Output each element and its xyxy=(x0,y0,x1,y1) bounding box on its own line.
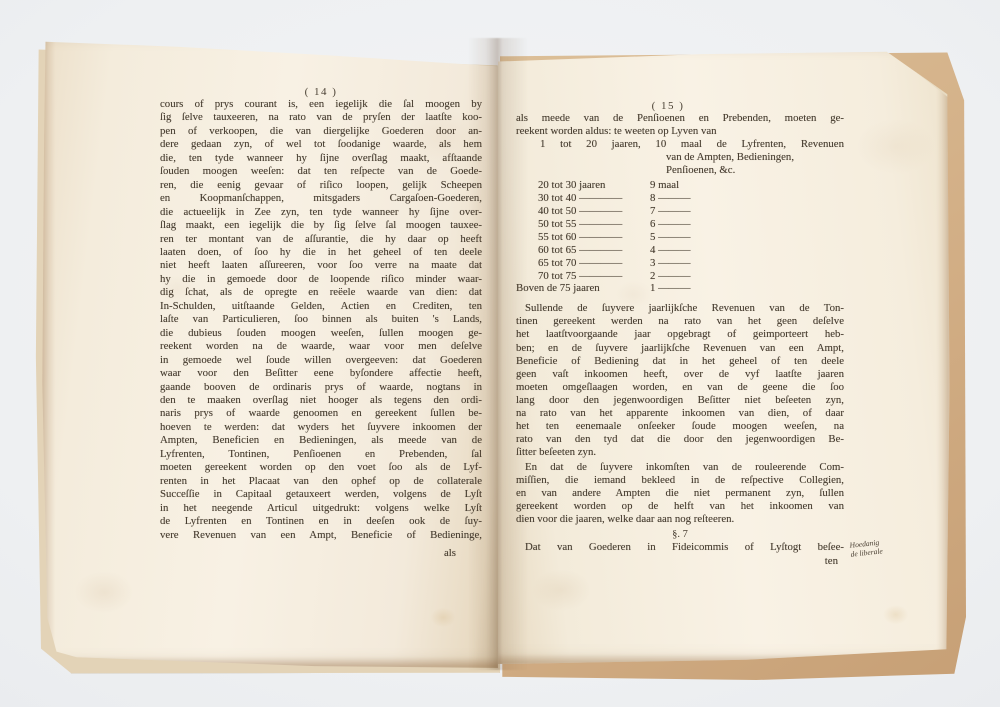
text-line: laſte van Particulieren, ſoo binnen als … xyxy=(160,313,482,326)
text-line: En dat de ſuyvere inkomſten van de roule… xyxy=(516,461,844,474)
age-range: 40 tot 50 ———— xyxy=(516,205,650,218)
text-line: dien voor die jaaren, welke daar aan nog… xyxy=(516,513,844,526)
multiplier: 2 ——— xyxy=(650,270,691,283)
text-line: waar voor den Beſitter eene byſondere af… xyxy=(160,367,482,380)
age-range: 20 tot 30 jaaren xyxy=(516,179,650,192)
text-line: na rato van het apparente inkoomen van d… xyxy=(516,407,844,420)
multiplier: 1 ——— xyxy=(650,282,691,295)
age-range: 30 tot 40 ———— xyxy=(516,192,650,205)
text-line: Succeſſie in Capitaal getauxeert werden,… xyxy=(160,488,482,501)
commission-paragraph: En dat de ſuyvere inkomſten van de roule… xyxy=(516,461,844,526)
page-right: ( 15 ) als meede van de Penſioenen en Pr… xyxy=(498,48,950,664)
fideicommis-line: Dat van Goederen in Fideicommis of Lyſto… xyxy=(516,541,844,554)
page-left-text-block: cours of prys courant is, een iegelijk d… xyxy=(160,98,482,542)
text-line: in het neegende Articul uitgedrukt: volg… xyxy=(160,502,482,515)
text-line: miſſien, die iemand bekleed in de reſpec… xyxy=(516,474,844,487)
text-line: niet heeft laaten aſſureeren, voor ſoo v… xyxy=(160,259,482,272)
text-line: lang door den jegenwoordigen Beſitter ni… xyxy=(516,394,844,407)
age-table-row: 70 tot 75 ————2 ——— xyxy=(516,270,844,283)
text-line: die, ten tyde wanneer hy ſijne overſlag … xyxy=(160,152,482,165)
page-right-text-block: als meede van de Penſioenen en Prebenden… xyxy=(516,112,844,568)
text-line: naris prys of waarde genoomen en gereeke… xyxy=(160,407,482,420)
text-line: gaande booven de ordinaris prys of waard… xyxy=(160,381,482,394)
age-table-row: 65 tot 70 ————3 ——— xyxy=(516,257,844,270)
page-number-right: ( 15 ) xyxy=(508,100,828,112)
text-line: het laatſtvoorgaande jaar opgebragt of g… xyxy=(516,328,844,341)
age-table-row: 60 tot 65 ————4 ——— xyxy=(516,244,844,257)
text-line: dere gedaan zyn, of wel tot ſoodanige wa… xyxy=(160,138,482,151)
text-line: Sullende de ſuyvere jaarlijkſche Revenue… xyxy=(516,302,844,315)
age-table-row: 20 tot 30 jaaren9 maal xyxy=(516,179,844,192)
age-table-row: 50 tot 55 ————6 ——— xyxy=(516,218,844,231)
photo-background: ( 14 ) cours of prys courant is, een ieg… xyxy=(0,0,1000,707)
multiplier: 6 ——— xyxy=(650,218,691,231)
text-line: Penſioenen, &c. xyxy=(516,164,844,177)
page-number-left: ( 14 ) xyxy=(160,86,482,98)
text-line: rato van den tyd dat die door den jegenw… xyxy=(516,433,844,446)
multiplier: 7 ——— xyxy=(650,205,691,218)
text-line: die dubieus ſouden moogen weeſen, ſullen… xyxy=(160,327,482,340)
text-line: moeten omgeſlaagen worden, en van de gee… xyxy=(516,381,844,394)
age-range: 50 tot 55 ———— xyxy=(516,218,650,231)
text-line: de Lyfrenten en Tontinen en in deeſen oo… xyxy=(160,515,482,528)
multiplier: 3 ——— xyxy=(650,257,691,270)
text-line: Lyfrenten, Tontinen, Penſioenen en Prebe… xyxy=(160,448,482,461)
text-line: en van andere Ampten die niet permanent … xyxy=(516,487,844,500)
text-line: cours of prys courant is, een iegelijk d… xyxy=(160,98,482,111)
text-line: pen of verkoopen, die van diergelijke Go… xyxy=(160,125,482,138)
text-line: als meede van de Penſioenen en Prebenden… xyxy=(516,112,844,125)
text-line: en Koopmanſchappen, mitsgaders Cargaſoen… xyxy=(160,192,482,205)
age-multiplier-table: 20 tot 30 jaaren9 maal30 tot 40 ————8 ——… xyxy=(516,179,844,295)
tontine-paragraph: Sullende de ſuyvere jaarlijkſche Revenue… xyxy=(516,302,844,459)
age-range: 65 tot 70 ———— xyxy=(516,257,650,270)
text-line: renten in het Placaat van den ophef op d… xyxy=(160,475,482,488)
text-line: ren, die eenig gevaar of riſico loopen, … xyxy=(160,179,482,192)
page-left: ( 14 ) cours of prys courant is, een ieg… xyxy=(40,36,498,668)
text-line: laaten doen, of ſoo hy die in het geheel… xyxy=(160,246,482,259)
catchword-left-wrap: als xyxy=(160,542,482,560)
multiplier: 4 ——— xyxy=(650,244,691,257)
text-line: die actueelijk in Zee zyn, ten tyde wann… xyxy=(160,206,482,219)
age-table-row: 40 tot 50 ————7 ——— xyxy=(516,205,844,218)
multiplier: 9 maal xyxy=(650,179,679,192)
age-range: Boven de 75 jaaren xyxy=(516,282,650,295)
text-line: tinen gereekent werden na rato van het g… xyxy=(516,315,844,328)
text-line: den te maaken overſlag niet hooger als t… xyxy=(160,394,482,407)
age-table-row: 55 tot 60 ————5 ——— xyxy=(516,231,844,244)
text-line: ſouden moogen weeſen: dat ten reſpecte v… xyxy=(160,165,482,178)
text-line: hoeven te werden: dat wyders het ſuyvere… xyxy=(160,421,482,434)
intro-paragraph: als meede van de Penſioenen en Prebenden… xyxy=(516,112,844,177)
text-line: In-Schulden, uitſtaande Gelden, Actien e… xyxy=(160,300,482,313)
text-line: reekent worden aldus: te weeten op Lyven… xyxy=(516,125,844,138)
open-book: ( 14 ) cours of prys courant is, een ieg… xyxy=(0,0,1000,707)
text-line: moeten gereekent worden op den voet ſoo … xyxy=(160,461,482,474)
text-line: ſig ſelve tauxeeren, na rato van de pryſ… xyxy=(160,111,482,124)
text-line: 1 tot 20 jaaren, 10 maal de Lyfrenten, R… xyxy=(516,138,844,151)
age-range: 60 tot 65 ———— xyxy=(516,244,650,257)
text-line: Beneficie of Bediening dat in het geheel… xyxy=(516,355,844,368)
age-range: 55 tot 60 ———— xyxy=(516,231,650,244)
text-line: ren ter montant van de aſſurantie, die h… xyxy=(160,233,482,246)
text-line: Ampten, Beneficien en Bedieningen, als m… xyxy=(160,434,482,447)
age-range: 70 tot 75 ———— xyxy=(516,270,650,283)
text-line: van de Ampten, Bedieningen, xyxy=(516,151,844,164)
text-line: ſitter beſeeten zyn. xyxy=(516,446,844,459)
text-line: reekent worden na de waarde, waar voor m… xyxy=(160,340,482,353)
text-line: gereekent worden op de helft van het ink… xyxy=(516,500,844,513)
margin-note: Hoedanigde liberale xyxy=(849,534,922,558)
age-table-row: Boven de 75 jaaren1 ——— xyxy=(516,282,844,295)
multiplier: 8 ——— xyxy=(650,192,691,205)
section-mark: §. 7 xyxy=(516,528,844,541)
catchword-left: als xyxy=(160,547,482,560)
text-line: hy die in gemoede door de loopende riſic… xyxy=(160,273,482,286)
text-line: in gemoede wel ſoude willen overgeeven: … xyxy=(160,354,482,367)
age-table-row: 30 tot 40 ————8 ——— xyxy=(516,192,844,205)
text-line: ben; en de ſuyvere jaarlijkſche Revenuen… xyxy=(516,342,844,355)
text-line: vere Revenuen van een Ampt, Beneficie of… xyxy=(160,529,482,542)
catchword-right: ten xyxy=(516,555,844,568)
text-line: geen vaſt inkoomen heeft, over de vyf la… xyxy=(516,368,844,381)
text-line: dig ſchat, als de opregte en reëele waar… xyxy=(160,286,482,299)
multiplier: 5 ——— xyxy=(650,231,691,244)
text-line: het ten eenemaale onſeeker ſoude moogen … xyxy=(516,420,844,433)
text-line: ſlag maakt, een iegelijk die by ſig ſelv… xyxy=(160,219,482,232)
